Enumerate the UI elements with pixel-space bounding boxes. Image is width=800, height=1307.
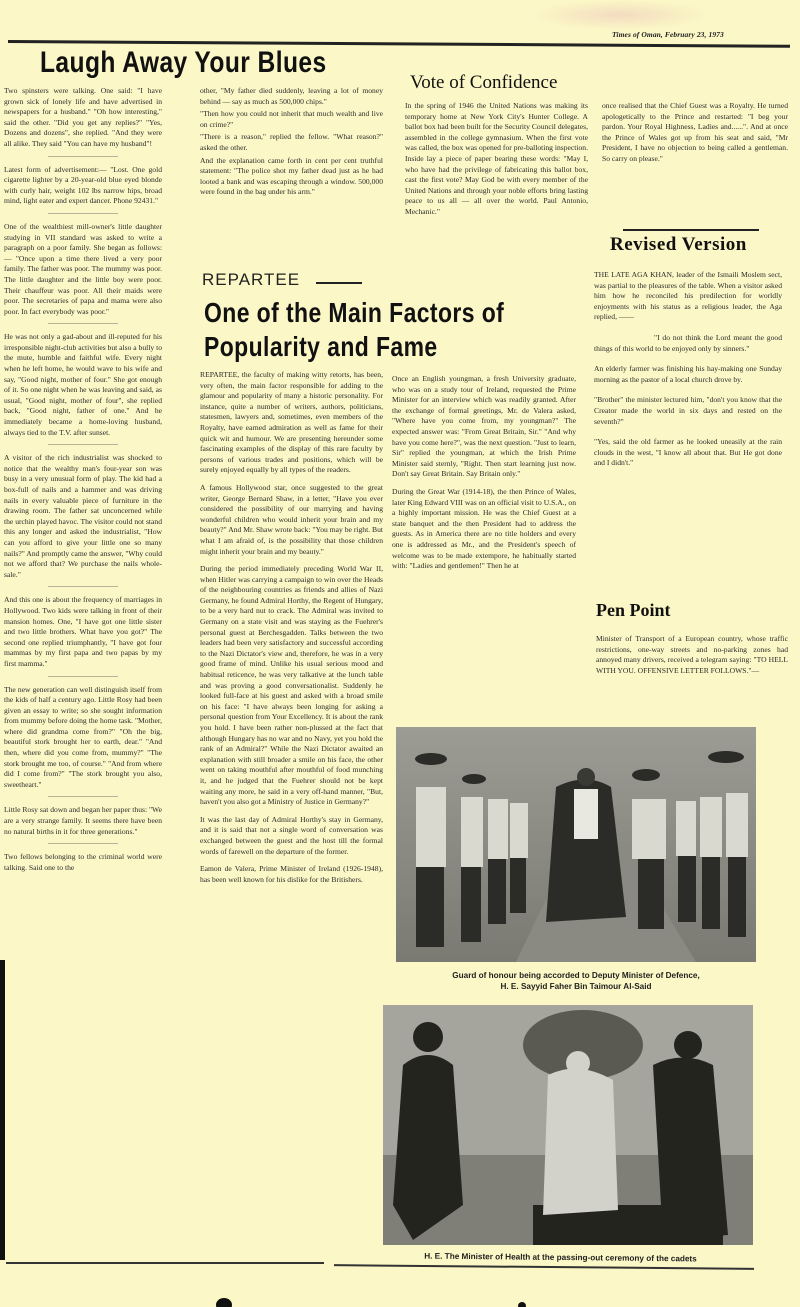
- paragraph: It was the last day of Admiral Horthy's …: [200, 815, 383, 857]
- paragraph: An elderly farmer was finishing his hay-…: [594, 364, 782, 385]
- paragraph: Latest form of advertisement:— "Lost. On…: [4, 165, 162, 207]
- photo-illustration: [383, 1005, 753, 1245]
- passing-out-ceremony-photo: [383, 1005, 753, 1245]
- paragraph: A famous Hollywood star, once suggested …: [200, 483, 383, 557]
- photo-caption-1: Guard of honour being accorded to Deputy…: [386, 970, 766, 992]
- dateline: Times of Oman, February 23, 1973: [612, 30, 724, 39]
- paragraph: "I do not think the Lord meant the good …: [594, 333, 782, 354]
- repartee-column-1: REPARTEE, the faculty of making witty re…: [200, 370, 383, 892]
- paragraph: One of the wealthiest mill-owner's littl…: [4, 222, 162, 317]
- paragraph: other, "My father died suddenly, leaving…: [200, 86, 383, 107]
- repartee-kicker: REPARTEE: [202, 270, 300, 290]
- section-rule: [623, 229, 759, 231]
- item-separator: [48, 323, 118, 324]
- laugh-column-2: other, "My father died suddenly, leaving…: [200, 86, 383, 200]
- punch-hole: [216, 1298, 232, 1307]
- paragraph: "There is a reason," replied the fellow.…: [200, 132, 383, 153]
- paper-stain: [530, 0, 710, 30]
- paragraph: And this one is about the frequency of m…: [4, 595, 162, 669]
- item-separator: [48, 843, 118, 844]
- vote-body: In the spring of 1946 the United Nations…: [405, 101, 588, 218]
- bottom-rule-right: [334, 1264, 754, 1270]
- penpoint-headline: Pen Point: [596, 600, 671, 621]
- page-binding-edge: [0, 960, 5, 1260]
- paragraph: A visitor of the rich industrialist was …: [4, 453, 162, 580]
- paragraph: Two fellows belonging to the criminal wo…: [4, 852, 162, 873]
- paragraph: Two spinsters were talking. One said: "I…: [4, 86, 162, 150]
- photo-illustration: [396, 727, 756, 962]
- repartee-continuation: once realised that the Chief Guest was a…: [602, 101, 788, 165]
- laugh-headline: Laugh Away Your Blues: [40, 46, 327, 80]
- item-separator: [48, 676, 118, 677]
- revised-headline: Revised Version: [610, 234, 747, 256]
- paragraph: The new generation can well distinguish …: [4, 685, 162, 791]
- item-separator: [48, 213, 118, 214]
- kicker-rule: [316, 282, 362, 284]
- caption-line: Guard of honour being accorded to Deputy…: [386, 970, 766, 981]
- vote-headline: Vote of Confidence: [410, 72, 557, 94]
- guard-of-honour-photo: [396, 727, 756, 962]
- paragraph: Eamon de Valera, Prime Minister of Irela…: [200, 864, 383, 885]
- paragraph: During the Great War (1914-18), the then…: [392, 487, 576, 572]
- bottom-rule-left: [6, 1262, 324, 1264]
- paragraph: Little Rosy sat down and began her paper…: [4, 805, 162, 837]
- paragraph: "Then how you could not inherit that muc…: [200, 109, 383, 130]
- paragraph: Once an English youngman, a fresh Univer…: [392, 374, 576, 480]
- paragraph: "Yes, said the old farmer as he looked u…: [594, 437, 782, 469]
- item-separator: [48, 444, 118, 445]
- paragraph: He was not only a gad-about and ill-repu…: [4, 332, 162, 438]
- paragraph: During the period immediately preceding …: [200, 564, 383, 808]
- photo-caption-2: H. E. The Minister of Health at the pass…: [368, 1250, 753, 1265]
- item-separator: [48, 586, 118, 587]
- punch-hole: [518, 1302, 526, 1307]
- laugh-column-1: Two spinsters were talking. One said: "I…: [4, 86, 162, 875]
- newspaper-page: Times of Oman, February 23, 1973 Laugh A…: [0, 0, 800, 1307]
- paragraph: "Brother" the minister lectured him, "do…: [594, 395, 782, 427]
- item-separator: [48, 796, 118, 797]
- paragraph: And the explanation came forth in cent p…: [200, 156, 383, 198]
- paragraph: REPARTEE, the faculty of making witty re…: [200, 370, 383, 476]
- repartee-column-2: Once an English youngman, a fresh Univer…: [392, 374, 576, 579]
- paragraph: THE LATE AGA KHAN, leader of the Ismaili…: [594, 270, 782, 323]
- caption-line: H. E. Sayyid Faher Bin Taimour Al-Said: [386, 981, 766, 992]
- revised-body: THE LATE AGA KHAN, leader of the Ismaili…: [594, 270, 782, 479]
- repartee-headline: One of the Main Factors of Popularity an…: [204, 296, 532, 364]
- item-separator: [48, 156, 118, 157]
- penpoint-body: Minister of Transport of a European coun…: [596, 634, 788, 676]
